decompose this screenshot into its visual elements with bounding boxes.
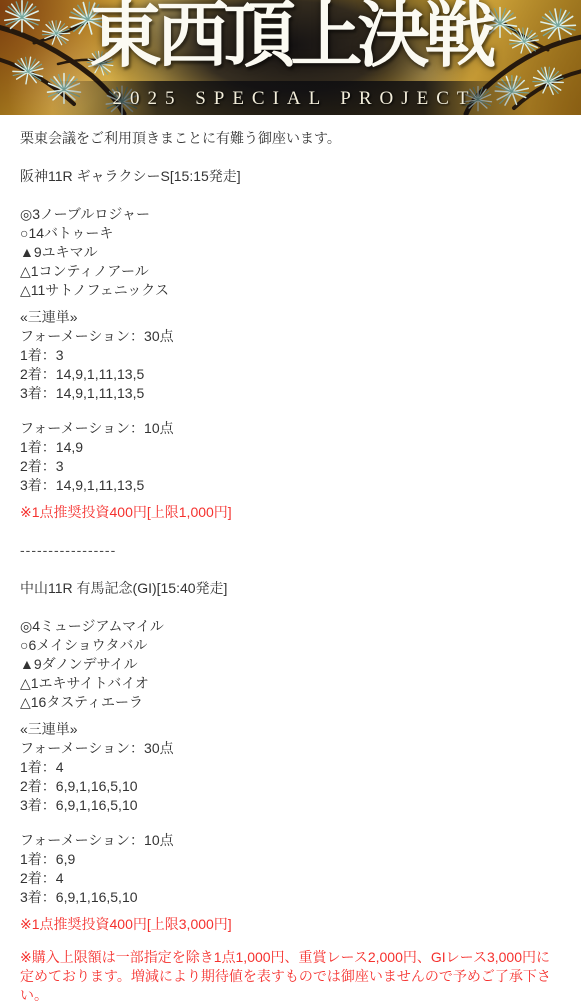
formation-points-label: フォーメーション：30点	[20, 739, 561, 758]
formation-row: 1着：14,9	[20, 438, 561, 457]
race-1-header: 阪神11R ギャラクシーS[15:15発走]	[20, 167, 561, 186]
formation-row: 3着：14,9,1,11,13,5	[20, 384, 561, 403]
pick-line: △11サトノフェニックス	[20, 281, 561, 300]
race-2-header: 中山11R 有馬記念(GI)[15:40発走]	[20, 579, 561, 598]
greeting-text: 栗東会議をご利用頂きまことに有難う御座います。	[20, 129, 561, 148]
section-divider: -----------------	[20, 541, 561, 560]
formation-points-label: フォーメーション：10点	[20, 419, 561, 438]
bet-type-label: «三連単»	[20, 720, 561, 739]
pick-line: △1コンティノアール	[20, 262, 561, 281]
formation-points-label: フォーメーション：10点	[20, 831, 561, 850]
formation-row: 2着：4	[20, 869, 561, 888]
formation-row: 3着：6,9,1,16,5,10	[20, 888, 561, 907]
formation-row: 3着：6,9,1,16,5,10	[20, 796, 561, 815]
formation-row: 1着：6,9	[20, 850, 561, 869]
formation-row: 2着：6,9,1,16,5,10	[20, 777, 561, 796]
pick-line: △1エキサイトバイオ	[20, 674, 561, 693]
bet-type-label: «三連単»	[20, 308, 561, 327]
pick-line: ▲9ユキマル	[20, 243, 561, 262]
formation-row: 1着：3	[20, 346, 561, 365]
pick-line: △16タスティエーラ	[20, 693, 561, 712]
pick-line: ◎4ミュージアムマイル	[20, 617, 561, 636]
formation-row: 2着：3	[20, 457, 561, 476]
purchase-limit-note: ※購入上限額は一部指定を除き1点1,000円、重賞レース2,000円、GIレース…	[20, 948, 561, 1005]
investment-note: ※1点推奨投資400円[上限1,000円]	[20, 503, 561, 522]
formation-points-label: フォーメーション：30点	[20, 327, 561, 346]
banner-title: 東西頂上決戦	[89, 0, 491, 77]
pick-line: ▲9ダノンデサイル	[20, 655, 561, 674]
pick-line: ◎3ノーブルロジャー	[20, 205, 561, 224]
banner-subtitle: 2025 SPECIAL PROJECT	[0, 88, 581, 110]
pick-line: ○14バトゥーキ	[20, 224, 561, 243]
formation-row: 2着：14,9,1,11,13,5	[20, 365, 561, 384]
formation-row: 3着：14,9,1,11,13,5	[20, 476, 561, 495]
formation-row: 1着：4	[20, 758, 561, 777]
event-banner: 東西頂上決戦 2025 SPECIAL PROJECT	[0, 0, 581, 115]
investment-note: ※1点推奨投資400円[上限3,000円]	[20, 915, 561, 934]
tips-content: 栗東会議をご利用頂きまことに有難う御座います。 阪神11R ギャラクシーS[15…	[0, 115, 581, 1005]
pick-line: ○6メイショウタバル	[20, 636, 561, 655]
